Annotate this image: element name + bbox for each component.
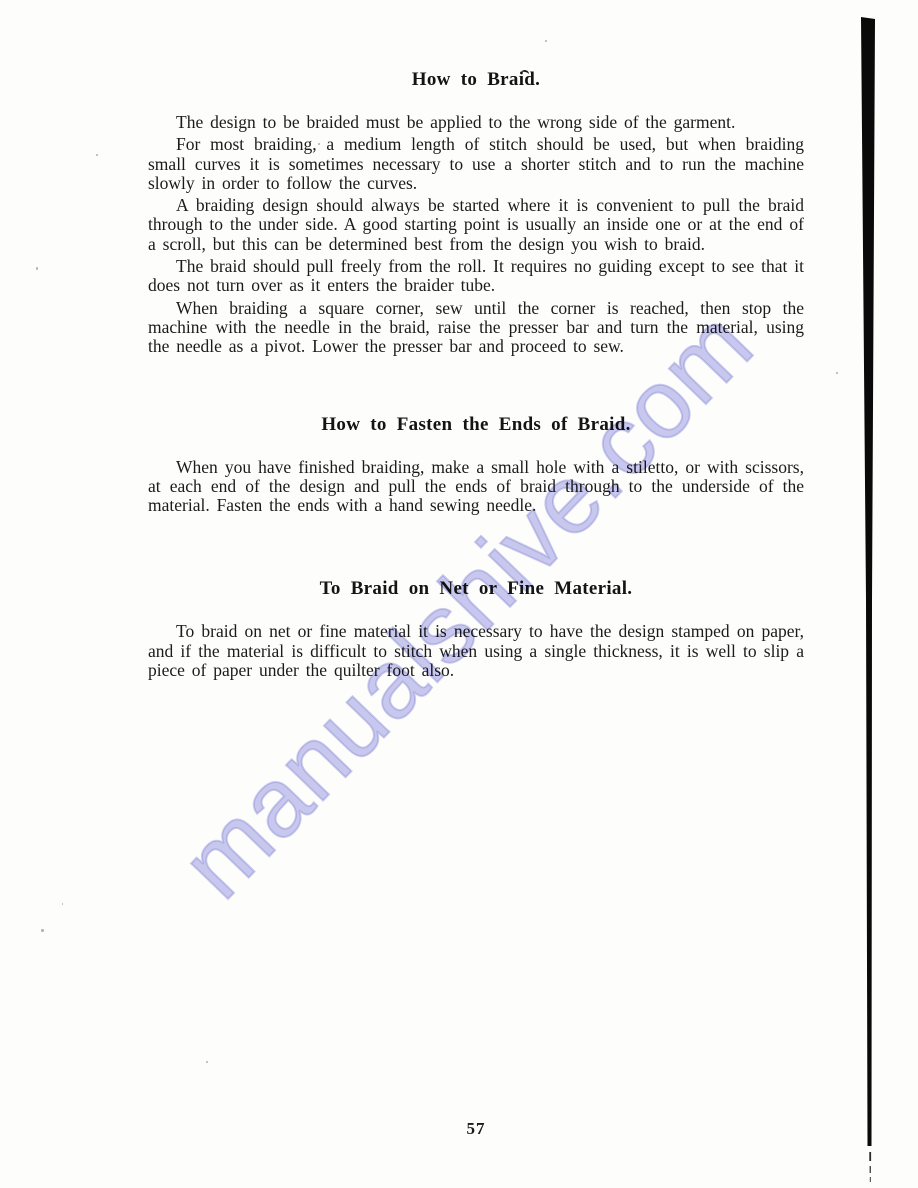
scan-speck: [96, 154, 98, 156]
paragraph-braid-4: The braid should pull freely from the ro…: [148, 257, 804, 296]
paragraph-braid-5: When braiding a square corner, sew until…: [148, 299, 804, 357]
scan-speck: [41, 929, 44, 932]
paragraph-braid-2: For most braiding, a medium length of st…: [148, 135, 804, 193]
scan-speck: [36, 267, 38, 270]
scan-speck: [206, 1061, 208, 1063]
section-heading-how-to-braid: How to Braid.: [148, 69, 804, 91]
paragraph-fasten-1: When you have finished braiding, make a …: [148, 458, 804, 516]
section-heading-net-material: To Braid on Net or Fine Material.: [148, 578, 804, 600]
paragraph-braid-3: A braiding design should always be start…: [148, 196, 804, 254]
paragraph-net-1: To braid on net or fine material it is n…: [148, 622, 804, 680]
scanned-manual-page: How to Braid. The design to be braided m…: [0, 0, 918, 1188]
section-heading-fasten-ends: How to Fasten the Ends of Braid.: [148, 414, 804, 436]
scan-speck: [62, 903, 63, 905]
page-number: 57: [148, 1119, 804, 1139]
text-column: How to Braid. The design to be braided m…: [148, 0, 804, 680]
scan-speck: [318, 143, 320, 145]
scan-speck: [836, 372, 838, 374]
scan-speck: [545, 40, 547, 42]
paragraph-braid-1: The design to be braided must be applied…: [148, 113, 804, 132]
